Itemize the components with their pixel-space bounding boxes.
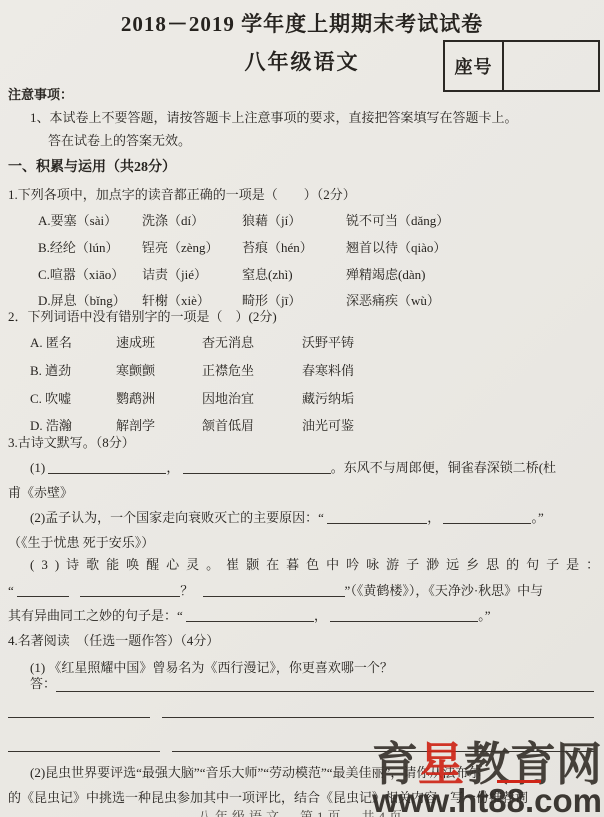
q2-c-item-2: 鹦鹉洲 bbox=[116, 388, 202, 407]
q1-c-item-2: 诘责（jié） bbox=[142, 264, 242, 283]
q2-a-item-4: 沃野平铸 bbox=[302, 332, 594, 351]
q1-b-item-2: 锃亮（zèng） bbox=[142, 237, 242, 256]
q3-part2-prefix: (2)孟子认为，一个国家走向衰败灭亡的主要原因：“ bbox=[30, 510, 324, 525]
answer-blank bbox=[186, 608, 314, 622]
q4-answer-line-1: 答： bbox=[30, 676, 594, 692]
q3-part1-comma: ， bbox=[166, 460, 179, 475]
q1-option-row-c: C.喧嚣（xiāo） 诘责（jié） 窒息(zhì) 殚精竭虑(dàn) bbox=[38, 264, 594, 283]
q4-stem: 4.名著阅读 （任选一题作答）（4分） bbox=[8, 630, 219, 649]
page-title: 2018－2019 学年度上期期末考试试卷 bbox=[0, 8, 604, 38]
q1-option-row-a: A.要塞（sài） 洗涤（dí） 狼藉（jí） 锐不可当（dǎng） bbox=[38, 210, 594, 229]
q1-a-item-1: A.要塞（sài） bbox=[38, 210, 142, 229]
q1-a-item-2: 洗涤（dí） bbox=[142, 210, 242, 229]
q3-stem: 3.古诗文默写。（8分） bbox=[8, 432, 135, 451]
q4-answer-label: 答： bbox=[30, 673, 56, 692]
answer-blank bbox=[183, 460, 331, 474]
q2-a-item-3: 杳无消息 bbox=[202, 332, 302, 351]
q1-option-row-b: B.经纶（lún） 锃亮（zèng） 苔痕（hén） 翘首以待（qiào） bbox=[38, 237, 594, 256]
q2-option-row-c: C. 吹嘘 鹦鹉洲 因地治宜 藏污纳垢 bbox=[30, 388, 594, 407]
q3-part3-line2: “ ？ ”（《黄鹤楼》），《天净沙·秋思》中与 bbox=[8, 580, 543, 599]
q2-d-item-4: 油光可鉴 bbox=[302, 415, 594, 434]
q1-b-item-3: 苔痕（hén） bbox=[242, 237, 346, 256]
q1-a-item-3: 狼藉（jí） bbox=[242, 210, 346, 229]
q2-b-item-1: B. 遒劲 bbox=[30, 360, 116, 379]
red-underline-mark bbox=[497, 780, 541, 783]
answer-blank bbox=[203, 583, 345, 597]
notice-heading: 注意事项： bbox=[8, 84, 73, 103]
q3-part3-line1: (3)诗歌能唤醒心灵。崔颢在暮色中吟咏游子渺远乡思的句子是： bbox=[30, 554, 604, 573]
q1-c-item-4: 殚精竭虑(dàn) bbox=[346, 264, 594, 283]
q2-c-item-4: 藏污纳垢 bbox=[302, 388, 594, 407]
q3-part3-line3: 其有异曲同工之妙的句子是：“ ， 。” bbox=[8, 605, 491, 624]
q2-d-item-3: 颔首低眉 bbox=[202, 415, 302, 434]
answer-blank bbox=[162, 703, 594, 718]
q4-sub1: (1) 《红星照耀中国》曾易名为《西行漫记》，你更喜欢哪一个？ bbox=[30, 657, 393, 676]
q1-a-item-4: 锐不可当（dǎng） bbox=[346, 210, 594, 229]
q2-b-item-3: 正襟危坐 bbox=[202, 360, 302, 379]
q3-part1-line: (1) ， 。东风不与周郎便，铜雀春深锁二桥(杜 bbox=[30, 457, 556, 476]
q3-part3-line3-end: 。” bbox=[478, 608, 490, 623]
q2-b-item-4: 春寒料俏 bbox=[302, 360, 594, 379]
answer-blank bbox=[56, 677, 594, 692]
answer-blank bbox=[48, 460, 166, 474]
q2-stem: 2．下列词语中没有错别字的一项是（ ）(2分) bbox=[8, 306, 277, 325]
answer-blank bbox=[8, 737, 160, 752]
answer-blank bbox=[17, 583, 69, 597]
q3-part1-after: 。东风不与周郎便，铜雀春深锁二桥(杜 bbox=[331, 460, 556, 475]
q3-part3-after: ”（《黄鹤楼》），《天净沙·秋思》中与 bbox=[345, 583, 544, 598]
q2-c-item-1: C. 吹嘘 bbox=[30, 388, 116, 407]
q2-a-item-2: 速成班 bbox=[116, 332, 202, 351]
q1-c-item-3: 窒息(zhì) bbox=[242, 264, 346, 283]
answer-blank bbox=[80, 583, 180, 597]
q2-c-item-3: 因地治宜 bbox=[202, 388, 302, 407]
seat-number-label: 座号 bbox=[445, 42, 504, 90]
q2-option-row-a: A. 匿名 速成班 杳无消息 沃野平铸 bbox=[30, 332, 594, 351]
section-1-heading: 一、积累与运用（共28分） bbox=[8, 156, 176, 176]
q1-c-item-1: C.喧嚣（xiāo） bbox=[38, 264, 142, 283]
q2-b-item-2: 寒颤颤 bbox=[116, 360, 202, 379]
seat-number-value bbox=[504, 42, 598, 90]
q3-part2-comma: ， bbox=[427, 510, 440, 525]
answer-blank bbox=[8, 703, 150, 718]
q3-part3-question-mark: ？ bbox=[180, 583, 193, 598]
q3-part2-source: （《生于忧患 死于安乐》） bbox=[8, 532, 154, 551]
notice-line-2: 答在试卷上的答案无效。 bbox=[48, 130, 191, 149]
q3-part3-line3-comma: ， bbox=[314, 608, 327, 623]
q1-d-item-4: 深恶痛疾（wù） bbox=[346, 290, 594, 309]
q3-part1-continuation: 甫《赤壁》 bbox=[8, 482, 73, 501]
q2-option-row-b: B. 遒劲 寒颤颤 正襟危坐 春寒料俏 bbox=[30, 360, 594, 379]
q4-answer-line-2 bbox=[8, 706, 594, 718]
q3-part2-line: (2)孟子认为，一个国家走向衰败灭亡的主要原因：“ ， 。” bbox=[30, 507, 544, 526]
seat-number-box: 座号 bbox=[443, 40, 600, 92]
answer-blank bbox=[330, 608, 478, 622]
q1-stem: 1.下列各项中，加点字的读音都正确的一项是（ ）（2分） bbox=[8, 184, 356, 203]
q2-a-item-1: A. 匿名 bbox=[30, 332, 116, 351]
q3-part2-end: 。” bbox=[531, 510, 543, 525]
q1-b-item-4: 翘首以待（qiào） bbox=[346, 237, 594, 256]
watermark-brand: 育星教育网 bbox=[372, 742, 602, 786]
answer-blank bbox=[327, 510, 427, 524]
q1-b-item-1: B.经纶（lún） bbox=[38, 237, 142, 256]
exam-paper-page: 2018－2019 学年度上期期末考试试卷 八年级语文 座号 注意事项： 1、本… bbox=[0, 0, 604, 817]
q3-part3-line3-prefix: 其有异曲同工之妙的句子是：“ bbox=[8, 608, 183, 623]
answer-blank bbox=[443, 510, 531, 524]
watermark: 育星教育网 www.ht88.com bbox=[372, 742, 602, 816]
watermark-url: www.ht88.com bbox=[372, 786, 602, 816]
q3-part3-open-quote: “ bbox=[8, 583, 14, 598]
notice-line-1: 1、本试卷上不要答题，请按答题卡上注意事项的要求，直接把答案填写在答题卡上。 bbox=[30, 107, 518, 126]
q3-part1-number: (1) bbox=[30, 460, 45, 475]
